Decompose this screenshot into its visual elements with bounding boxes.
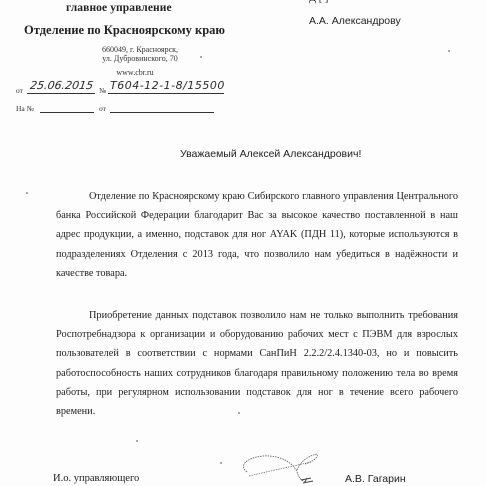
scan-speck <box>26 192 28 194</box>
scan-speck <box>448 50 450 52</box>
org-name-line2: Отделение по Красноярскому краю <box>24 23 225 38</box>
letter-date: 25.06.2015 <box>27 79 97 94</box>
addressee-name: А.А. Александрову <box>309 15 401 27</box>
scan-speck <box>200 56 202 58</box>
signatory-name: А.В. Гагарин <box>345 473 406 485</box>
letter-page: главное управление Отделение по Краснояр… <box>0 0 486 486</box>
org-address-line1: 660049, г. Красноярск, <box>80 45 200 54</box>
org-address-line2: ул. Дубровинского, 70 <box>80 54 200 63</box>
org-website: www.cbr.ru <box>80 68 190 77</box>
body-paragraph-1: Отделение по Красноярскому краю Сибирско… <box>56 187 458 283</box>
scan-speck <box>238 412 240 414</box>
reply-to-number-line <box>40 104 94 113</box>
number-label: № <box>99 86 106 95</box>
addressee-title-partial: Д [ ] <box>309 0 328 4</box>
reply-from-date-line <box>110 104 214 113</box>
handwritten-signature-icon <box>235 450 330 486</box>
org-name-line1: главное управление <box>66 2 172 14</box>
date-label: от <box>16 86 23 95</box>
reply-to-label: На № <box>16 104 34 113</box>
scan-speck <box>220 462 222 464</box>
scan-speck <box>136 440 138 442</box>
body-paragraph-2: Приобретение данных подставок позволило … <box>56 306 458 421</box>
signatory-title: И.о. управляющего <box>53 473 139 484</box>
salutation: Уважаемый Алексей Александрович! <box>180 148 361 160</box>
letter-number: Т604-12-1-8/15500 <box>108 79 224 94</box>
reply-from-label: от <box>99 104 106 113</box>
